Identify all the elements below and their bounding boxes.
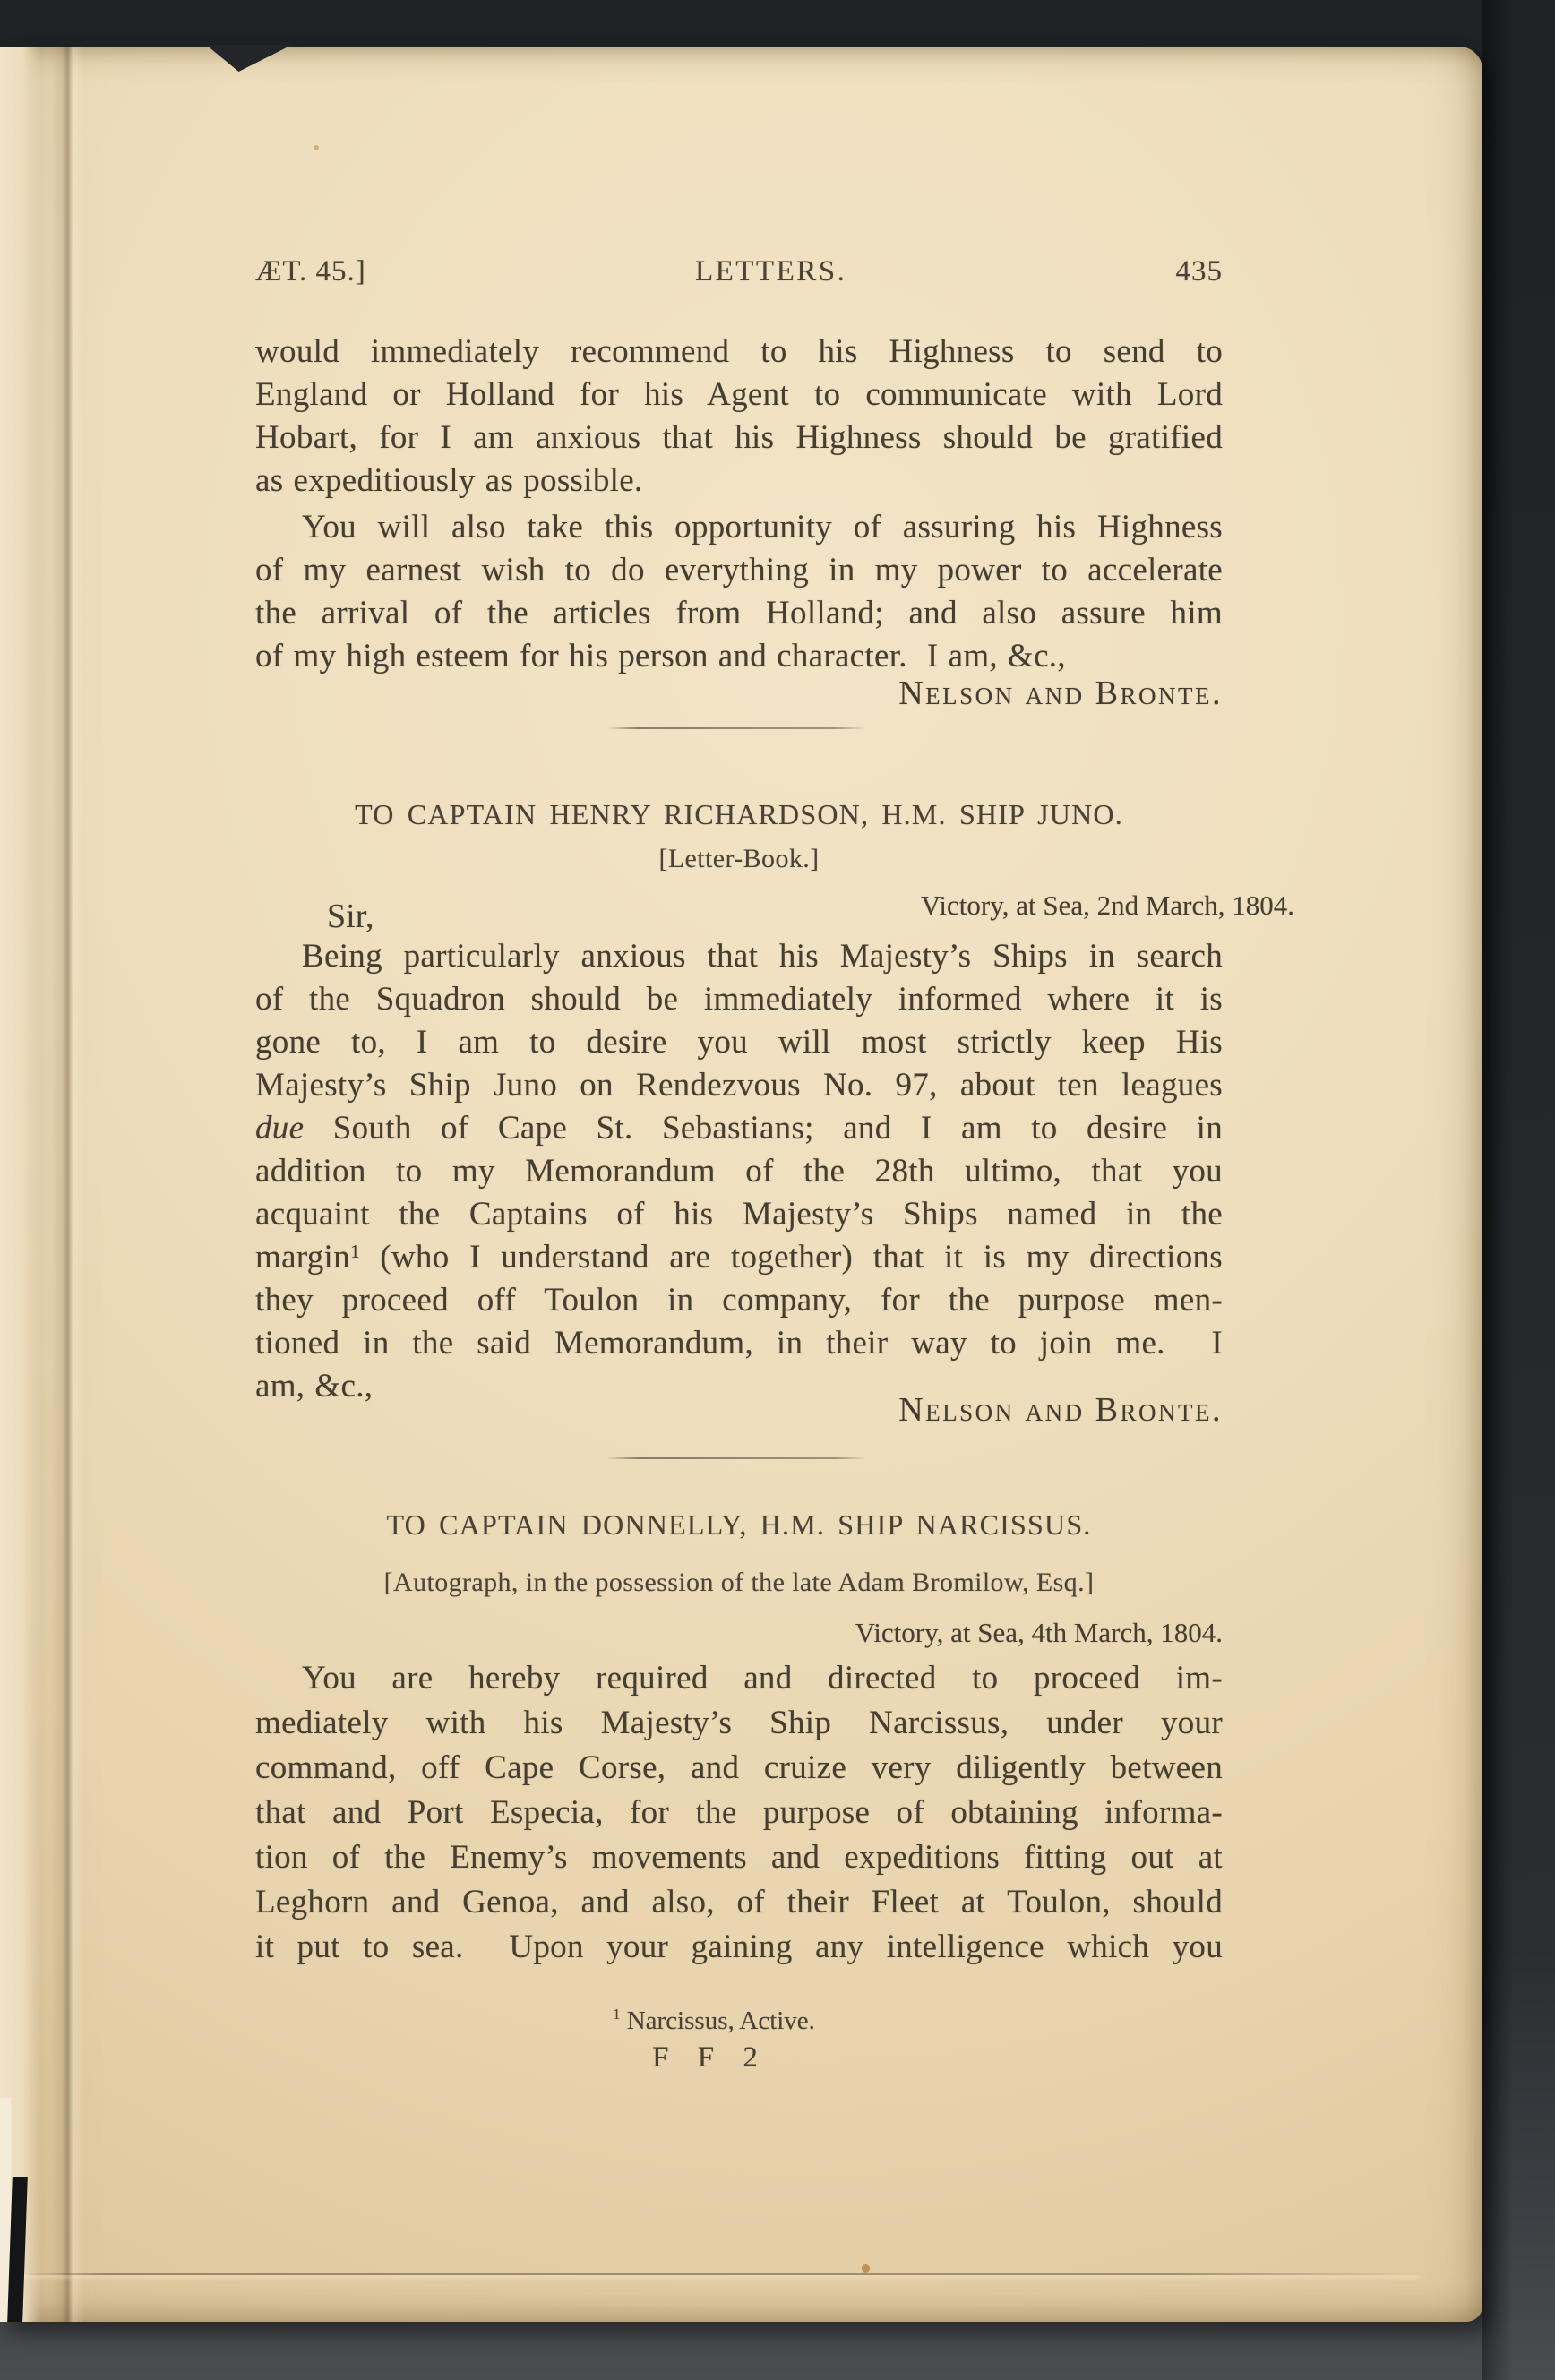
italic-text: due: [255, 1110, 304, 1147]
paper-speck: [314, 145, 319, 150]
text-line: acquaint the Captains of his Majesty’s S…: [255, 1193, 1223, 1236]
letter-source-donnelly: [Autograph, in the possession of the lat…: [255, 1568, 1223, 1598]
paper-speck: [862, 2264, 870, 2273]
dateline-donnelly: Victory, at Sea, 4th March, 1804.: [255, 1617, 1263, 1649]
text-line: margin1 (who I understand are together) …: [255, 1236, 1223, 1279]
text-line: Being particularly anxious that his Maje…: [255, 935, 1223, 978]
text-line: mediately with his Majesty’s Ship Narcis…: [255, 1701, 1223, 1746]
letter-body-donnelly: You are hereby required and directed to …: [255, 1656, 1223, 1970]
text-line: of the Squadron should be immediately in…: [255, 978, 1223, 1021]
text-line: Majesty’s Ship Juno on Rendezvous No. 97…: [255, 1064, 1223, 1107]
salutation: Sir,: [327, 897, 374, 936]
letter-signature: Nelson and Bronte.: [255, 1390, 1263, 1430]
text-segment: margin: [255, 1239, 350, 1276]
text-line: Hobart, for I am anxious that his Highne…: [255, 417, 1223, 460]
section-divider: [606, 727, 866, 729]
text-line: gone to, I am to desire you will most st…: [255, 1021, 1223, 1064]
footnote-reference: 1: [350, 1241, 360, 1262]
text-line: of my earnest wish to do everything in m…: [255, 549, 1223, 592]
text-line: it put to sea. Upon your gaining any int…: [255, 1925, 1223, 1970]
text-line: as expeditiously as possible.: [255, 460, 1223, 503]
text-line: tion of the Enemy’s movements and expedi…: [255, 1835, 1223, 1880]
horizontal-crease: [21, 2273, 1419, 2275]
paragraph-continuation: would immediately recommend to his Highn…: [255, 331, 1223, 503]
text-line: You will also take this opportunity of a…: [255, 506, 1223, 549]
letter-body-richardson: Being particularly anxious that his Maje…: [255, 935, 1223, 1408]
text-line: they proceed off Toulon in company, for …: [255, 1279, 1223, 1322]
text-line: You are hereby required and directed to …: [255, 1656, 1223, 1701]
footnote: 1 Narcissus, Active.: [230, 2006, 1198, 2036]
header-page-number: 435: [1175, 255, 1223, 288]
letter-heading-donnelly: TO CAPTAIN DONNELLY, H.M. SHIP NARCISSUS…: [255, 1508, 1223, 1542]
text-line: would immediately recommend to his Highn…: [255, 331, 1223, 374]
text-line: tioned in the said Memorandum, in their …: [255, 1322, 1223, 1365]
text-segment: South of Cape St. Sebastians; and I am t…: [304, 1110, 1223, 1147]
header-title: LETTERS.: [695, 255, 846, 288]
footnote-text: Narcissus, Active.: [620, 2006, 814, 2035]
letter-signature: Nelson and Bronte.: [255, 674, 1263, 713]
paragraph-second: You will also take this opportunity of a…: [255, 506, 1223, 678]
text-line: due South of Cape St. Sebastians; and I …: [255, 1107, 1223, 1150]
letter-heading-richardson: TO CAPTAIN HENRY RICHARDSON, H.M. SHIP J…: [255, 798, 1223, 831]
dateline-richardson: Victory, at Sea, 2nd March, 1804.: [921, 889, 1294, 922]
book-page: ÆT. 45.] LETTERS. 435 would immediately …: [0, 47, 1482, 2322]
text-line: command, off Cape Corse, and cruize very…: [255, 1746, 1223, 1791]
header-aetatis: ÆT. 45.]: [255, 255, 366, 288]
letter-source-richardson: [Letter-Book.]: [255, 844, 1223, 874]
vertical-crease: [50, 47, 84, 2322]
text-line: Leghorn and Genoa, and also, of their Fl…: [255, 1880, 1223, 1925]
running-header: ÆT. 45.] LETTERS. 435: [255, 255, 1223, 288]
page-gutter-edge: [0, 47, 41, 2322]
signature-mark: F F 2: [227, 2041, 1194, 2075]
text-line: of my high esteem for his person and cha…: [255, 635, 1223, 678]
text-segment: (who I understand are together) that it …: [360, 1239, 1223, 1276]
text-line: the arrival of the articles from Holland…: [255, 592, 1223, 635]
section-divider: [606, 1457, 866, 1459]
scanned-book-page: ÆT. 45.] LETTERS. 435 would immediately …: [0, 0, 1555, 2380]
scan-edge-shadow: [1482, 0, 1513, 2380]
text-line: addition to my Memorandum of the 28th ul…: [255, 1150, 1223, 1193]
salutation-row: Sir, Victory, at Sea, 2nd March, 1804.: [255, 889, 1335, 936]
text-line: England or Holland for his Agent to comm…: [255, 374, 1223, 417]
text-line: that and Port Especia, for the purpose o…: [255, 1791, 1223, 1835]
